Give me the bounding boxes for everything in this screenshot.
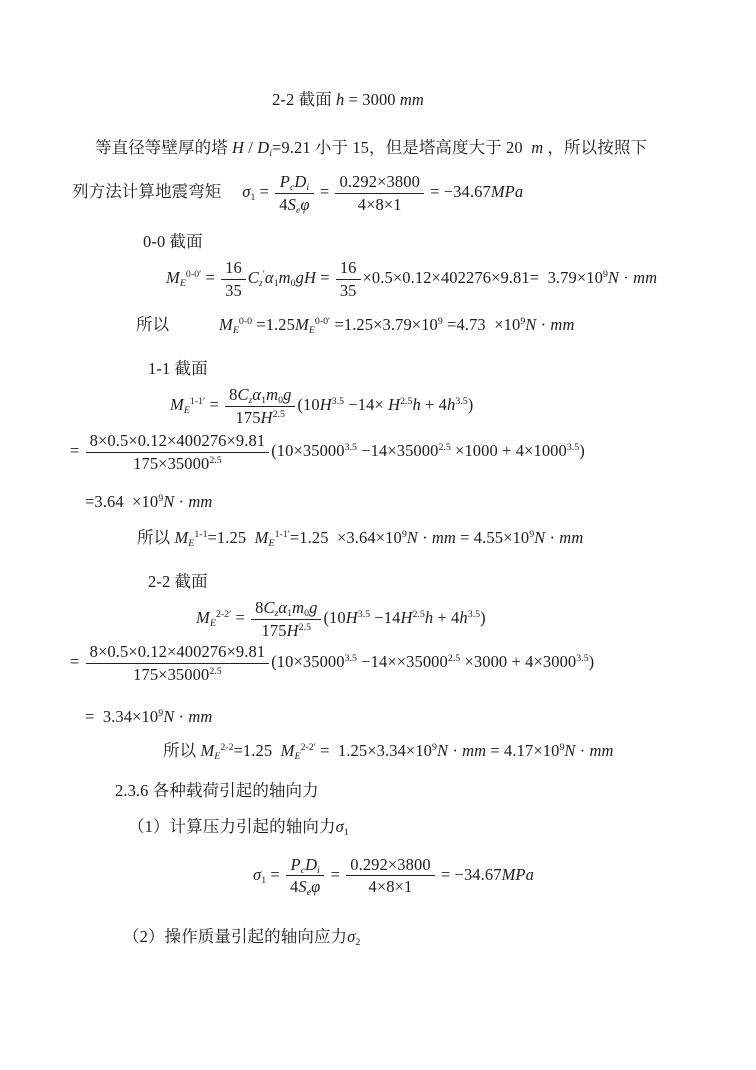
math-variable: C [237,385,248,404]
math-fraction: 8Czα1m0g175H2.5 [225,385,295,428]
math-variable: M [219,315,233,334]
section-title-2-2: 2-2 截面 h = 3000 mm [0,88,696,112]
math-fraction: 0.292×38004×8×1 [346,855,434,898]
math-variable: H [320,395,332,414]
math-variable: mm [550,315,574,334]
math-superscript: 3.5 [468,609,480,620]
math-superscript: 2.5 [412,609,424,620]
math-variable: D [257,138,269,157]
math-variable: φ [300,195,309,214]
math-subscript: 2 [355,937,360,948]
math-fraction: PcDi4Seφ [286,855,324,898]
math-superscript: 0-0′ [315,316,330,327]
math-variable: C [263,598,274,617]
math-variable: h [459,608,467,627]
math-variable: N [437,741,448,760]
math-fraction: 1635 [336,258,361,301]
formula-me-2-2-prime: ME2-2′ = 8Czα1m0g175H2.5(10H3.5 −14H2.5h… [196,598,696,641]
math-superscript: 3.5 [332,396,344,407]
math-superscript: 2-2′ [216,609,231,620]
math-variable: m [292,598,304,617]
heading-section-0-0: 0-0 截面 [143,230,696,254]
math-superscript: 3.5 [345,653,357,664]
math-variable: mm [590,741,614,760]
math-variable: C [248,268,259,287]
math-variable: H [287,621,299,640]
math-variable: M [255,528,269,547]
math-superscript: 0-0′ [186,270,201,281]
math-variable: N [534,528,545,547]
math-variable: mm [188,707,212,726]
math-variable: mm [462,741,486,760]
math-variable: H [261,408,273,427]
heading-2-3-6: 2.3.6 各种载荷引起的轴向力 [115,779,696,803]
math-variable: S [288,195,296,214]
math-superscript: 2.5 [400,396,412,407]
math-fraction: 8Czα1m0g175H2.5 [251,598,321,641]
math-superscript: 2.5 [273,409,285,420]
math-superscript: 3.5 [358,609,370,620]
math-variable: H [346,608,358,627]
math-superscript: 3.5 [567,443,579,454]
math-variable: σ [253,865,261,884]
math-variable: mm [633,268,657,287]
math-superscript: 0-0 [239,316,252,327]
heading-section-1-1: 1-1 截面 [148,357,696,381]
math-variable: H [232,138,244,157]
formula-me-2-2-expansion: = 8×0.5×0.12×400276×9.81175×350002.5(10×… [70,642,696,685]
math-variable: M [200,741,214,760]
math-variable: i [317,865,320,876]
math-variable: h [412,395,420,414]
math-superscript: 2.5 [448,653,460,664]
math-superscript: 2.5 [299,622,311,633]
math-variable: M [166,268,180,287]
document-page: 2-2 截面 h = 3000 mm等直径等壁厚的塔 H / Di=9.21 小… [0,0,756,1070]
math-variable: H [400,608,412,627]
math-variable: P [280,172,290,191]
math-superscript: 1-1′ [190,396,205,407]
math-superscript: 2.5 [209,455,221,466]
math-variable: M [174,528,188,547]
math-variable: N [407,528,418,547]
math-subscript: i [317,865,320,876]
math-superscript: 1-1′ [275,529,290,540]
math-variable: i [306,182,309,193]
math-variable: m [266,385,278,404]
math-variable: φ [311,877,320,896]
math-variable: N [163,707,174,726]
math-variable: D [305,855,317,874]
math-variable: h [425,608,433,627]
math-variable: MPa [491,182,523,201]
math-superscript: 1-1 [194,529,207,540]
math-variable: α [252,385,261,404]
formula-me-1-1-final: 所以 ME1-1=1.25 ME1-1′=1.25 ×3.64×109N · m… [137,526,696,550]
math-variable: mm [188,492,212,511]
math-variable: i [269,148,272,159]
math-variable: gH [296,268,316,287]
math-variable: m [531,138,543,157]
math-variable: M [281,741,295,760]
formula-me-1-1-prime: ME1-1′ = 8Czα1m0g175H2.5(10H3.5 −14× H2.… [170,385,696,428]
formula-me-0-0-final: 所以 ME0-0 =1.25ME0-0′ =1.25×3.79×109 =4.7… [136,313,696,337]
para-intro-1: 等直径等壁厚的塔 H / Di=9.21 小于 15，但是塔高度大于 20 m … [95,136,696,160]
math-variable: mm [400,90,424,109]
math-variable: N [608,268,619,287]
formula-me-1-1-expansion: = 8×0.5×0.12×400276×9.81175×350002.5(10×… [70,431,696,474]
math-superscript: 2-2 [220,742,233,753]
math-subscript: 1 [250,192,255,203]
math-superscript: 3.5 [576,653,588,664]
formula-sigma1: σ1 = PcDi4Seφ = 0.292×38004×8×1 = −34.67… [253,855,696,898]
formula-me-2-2-result: = 3.34×109N · mm [85,705,696,729]
math-superscript: 3.5 [455,396,467,407]
math-superscript: 3.5 [345,443,357,454]
math-fraction: PcDi4Seφ [275,172,313,215]
formula-me-2-2-final: 所以 ME2-2=1.25 ME2-2′ = 1.25×3.34×109N · … [163,739,696,763]
item-1-axial-force: （1）计算压力引起的轴向力σ1 [128,815,696,839]
math-variable: P [291,855,301,874]
math-variable: M [196,608,210,627]
math-variable: N [564,741,575,760]
math-variable: N [525,315,536,334]
formula-me-1-1-result: =3.64 ×109N · mm [85,490,696,514]
heading-section-2-2: 2-2 截面 [148,570,696,594]
math-subscript: 1 [344,827,349,838]
math-variable: σ [336,817,344,836]
math-subscript: i [306,182,309,193]
math-variable: S [298,877,306,896]
item-2-axial-stress: （2）操作质量引起的轴向应力σ2 [123,925,696,949]
math-superscript: 9 [438,316,443,327]
math-fraction: 0.292×38004×8×1 [335,172,423,215]
math-variable: m [279,268,291,287]
math-variable: mm [559,528,583,547]
math-variable: g [283,385,291,404]
math-subscript: i [269,148,272,159]
math-superscript: 2.5 [209,666,221,677]
formula-me-0-0-prime: ME0-0′ = 1635Cz′α1m0gH = 1635×0.5×0.12×4… [166,258,696,301]
math-variable: mm [432,528,456,547]
math-variable: D [294,172,306,191]
math-variable: α [265,268,274,287]
math-subscript: 1 [261,875,266,886]
para-intro-2-sigma1: 列方法计算地震弯矩 σ1 = PcDi4Seφ = 0.292×38004×8×… [72,172,696,215]
math-variable: H [388,395,400,414]
math-variable: α [278,598,287,617]
math-variable: M [295,315,309,334]
math-variable: g [309,598,317,617]
math-fraction: 8×0.5×0.12×400276×9.81175×350002.5 [86,431,270,474]
math-variable: N [163,492,174,511]
math-fraction: 8×0.5×0.12×400276×9.81175×350002.5 [86,642,270,685]
math-variable: h [336,90,344,109]
math-superscript: 2-2′ [301,742,316,753]
math-superscript: 2.5 [438,443,450,454]
math-fraction: 1635 [221,258,246,301]
math-variable: M [170,395,184,414]
math-variable: MPa [502,865,534,884]
